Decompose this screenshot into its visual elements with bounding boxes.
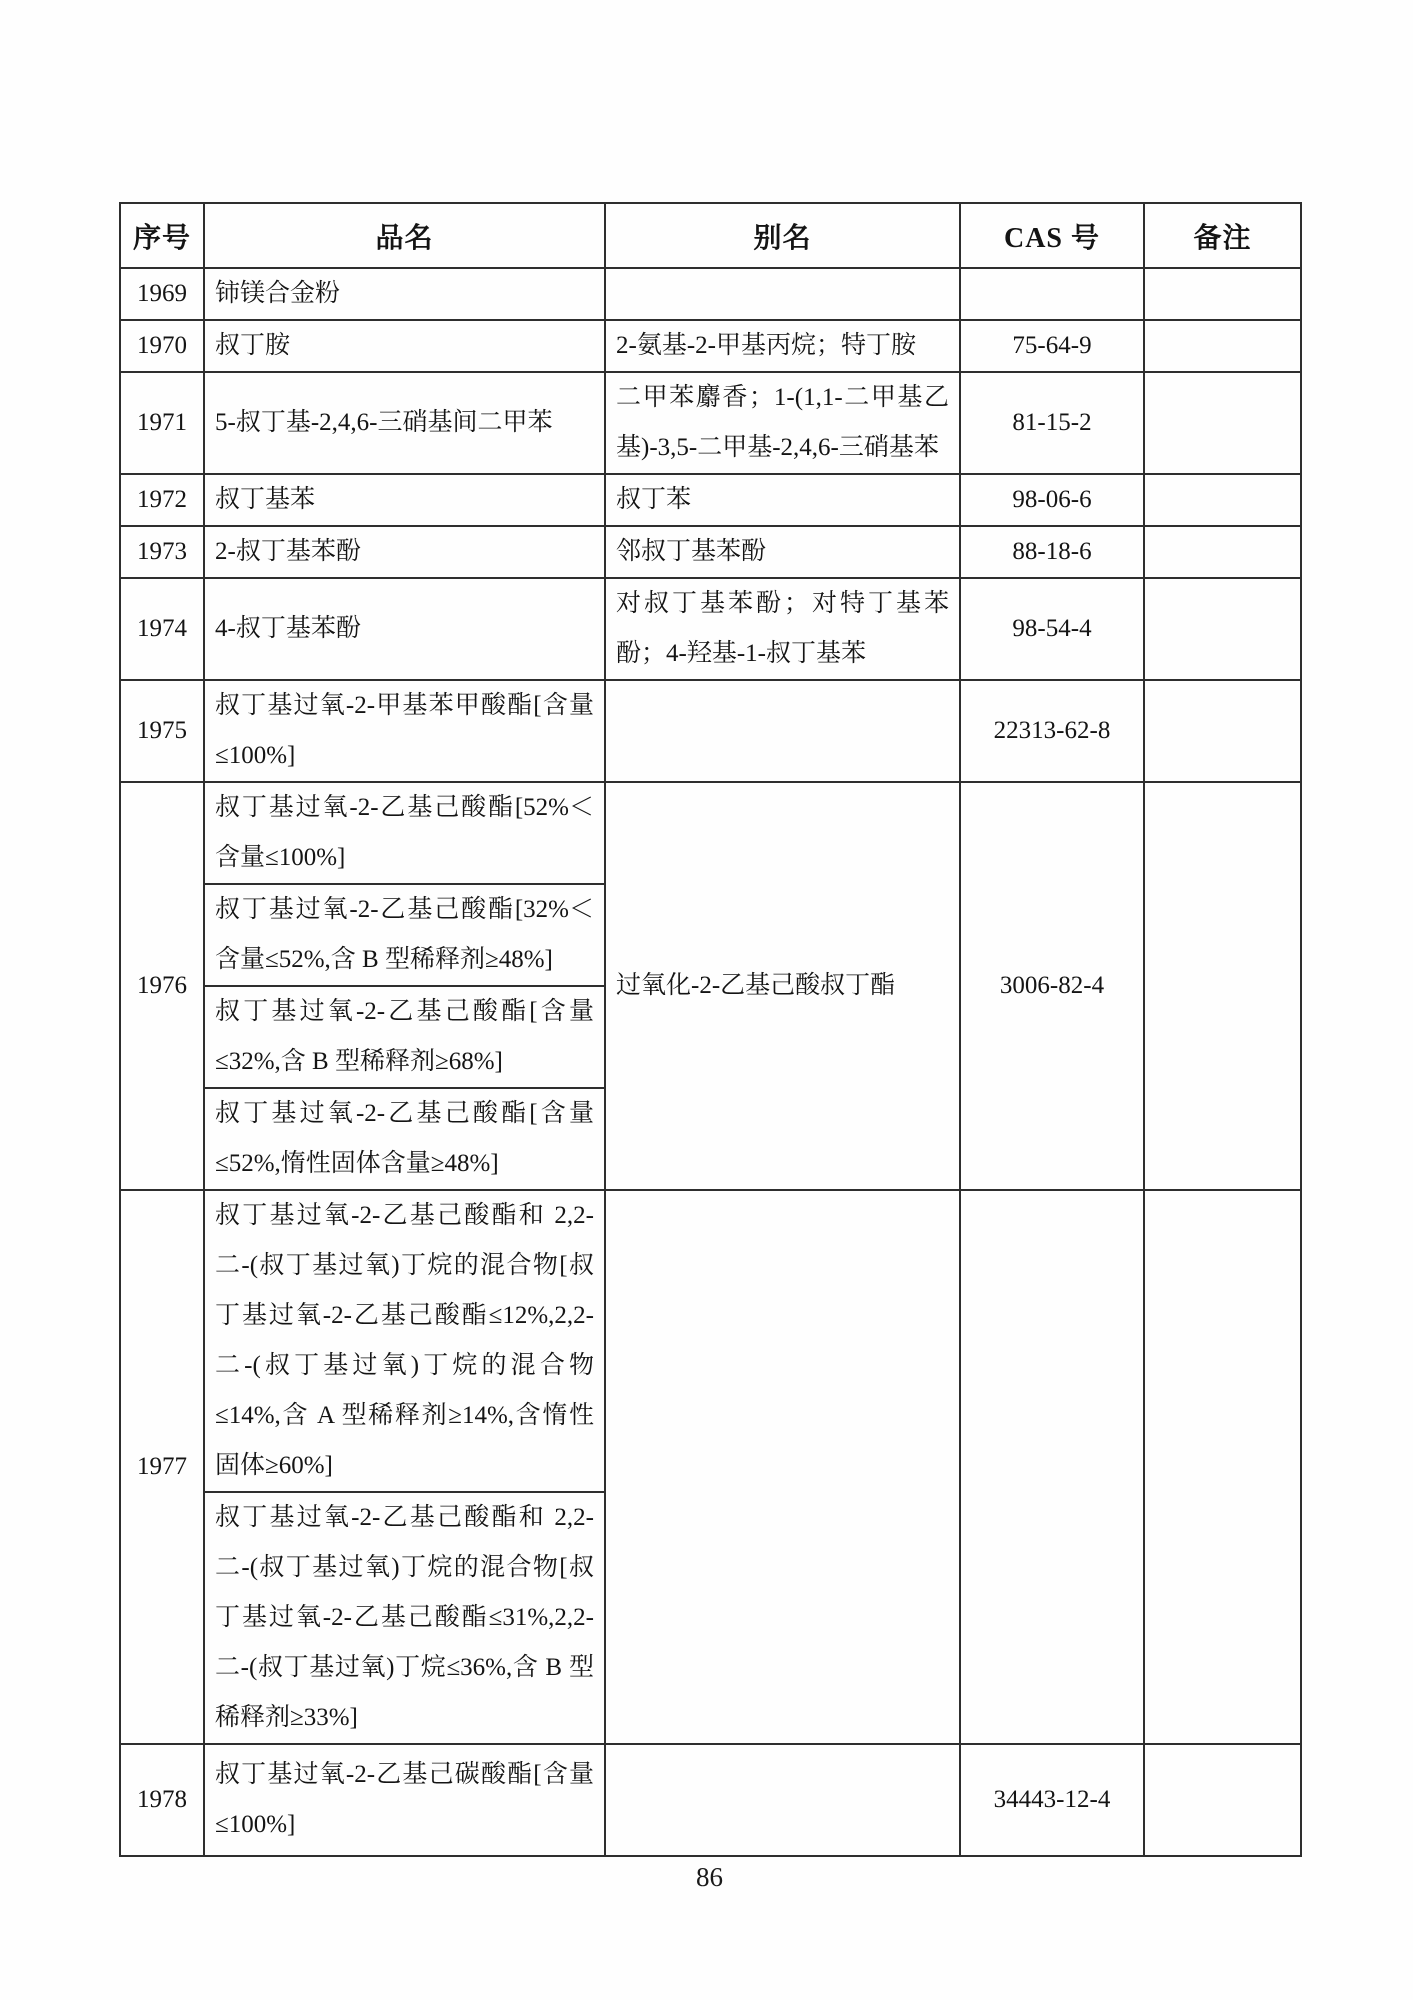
row-alias: 对叔丁基苯酚；对特丁基苯酚；4-羟基-1-叔丁基苯 (605, 578, 960, 680)
header-row: 序号 品名 别名 CAS 号 备注 (120, 203, 1301, 268)
table-row: 19715-叔丁基-2,4,6-三硝基间二甲苯二甲苯麝香；1-(1,1-二甲基乙… (120, 372, 1301, 474)
table-body: 1969铈镁合金粉1970叔丁胺2-氨基-2-甲基丙烷；特丁胺75-64-919… (120, 268, 1301, 1856)
table-row: 1977叔丁基过氧-2-乙基己酸酯和 2,2-二-(叔丁基过氧)丁烷的混合物[叔… (120, 1190, 1301, 1492)
row-product-name: 叔丁基过氧-2-乙基己酸酯[含量≤32%,含 B 型稀释剂≥68%] (204, 986, 605, 1088)
table-row: 1975叔丁基过氧-2-甲基苯甲酸酯[含量≤100%]22313-62-8 (120, 680, 1301, 782)
table-header: 序号 品名 别名 CAS 号 备注 (120, 203, 1301, 268)
row-alias (605, 1744, 960, 1856)
table-row: 1970叔丁胺2-氨基-2-甲基丙烷；特丁胺75-64-9 (120, 320, 1301, 372)
row-cas-number: 22313-62-8 (960, 680, 1144, 782)
row-product-name: 4-叔丁基苯酚 (204, 578, 605, 680)
row-cas-number (960, 268, 1144, 320)
chemical-table: 序号 品名 别名 CAS 号 备注 1969铈镁合金粉1970叔丁胺2-氨基-2… (119, 202, 1302, 1857)
row-serial: 1974 (120, 578, 204, 680)
row-alias: 二甲苯麝香；1-(1,1-二甲基乙基)-3,5-二甲基-2,4,6-三硝基苯 (605, 372, 960, 474)
table-row: 19732-叔丁基苯酚邻叔丁基苯酚88-18-6 (120, 526, 1301, 578)
row-cas-number: 88-18-6 (960, 526, 1144, 578)
row-product-name: 叔丁基过氧-2-乙基己酸酯和 2,2-二-(叔丁基过氧)丁烷的混合物[叔丁基过氧… (204, 1492, 605, 1744)
row-product-name: 叔丁基过氧-2-乙基己酸酯和 2,2-二-(叔丁基过氧)丁烷的混合物[叔丁基过氧… (204, 1190, 605, 1492)
row-cas-number: 75-64-9 (960, 320, 1144, 372)
table-row: 19744-叔丁基苯酚对叔丁基苯酚；对特丁基苯酚；4-羟基-1-叔丁基苯98-5… (120, 578, 1301, 680)
row-serial: 1975 (120, 680, 204, 782)
row-serial: 1970 (120, 320, 204, 372)
header-cas: CAS 号 (960, 203, 1144, 268)
row-product-name: 叔丁基过氧-2-乙基己酸酯[32%＜含量≤52%,含 B 型稀释剂≥48%] (204, 884, 605, 986)
row-serial: 1976 (120, 782, 204, 1190)
row-note (1144, 526, 1301, 578)
row-note (1144, 1190, 1301, 1744)
row-note (1144, 1744, 1301, 1856)
row-alias (605, 268, 960, 320)
row-product-name: 叔丁胺 (204, 320, 605, 372)
row-cas-number (960, 1190, 1144, 1744)
row-product-name: 2-叔丁基苯酚 (204, 526, 605, 578)
row-product-name: 铈镁合金粉 (204, 268, 605, 320)
row-note (1144, 782, 1301, 1190)
row-serial: 1969 (120, 268, 204, 320)
header-alias: 别名 (605, 203, 960, 268)
row-note (1144, 474, 1301, 526)
row-note (1144, 320, 1301, 372)
page-number: 86 (119, 1862, 1300, 1893)
row-alias: 叔丁苯 (605, 474, 960, 526)
table-row: 1969铈镁合金粉 (120, 268, 1301, 320)
row-product-name: 叔丁基过氧-2-甲基苯甲酸酯[含量≤100%] (204, 680, 605, 782)
row-note (1144, 372, 1301, 474)
row-product-name: 叔丁基过氧-2-乙基己酸酯[52%＜含量≤100%] (204, 782, 605, 884)
row-cas-number: 98-54-4 (960, 578, 1144, 680)
row-serial: 1972 (120, 474, 204, 526)
row-alias: 邻叔丁基苯酚 (605, 526, 960, 578)
row-cas-number: 81-15-2 (960, 372, 1144, 474)
row-product-name: 叔丁基苯 (204, 474, 605, 526)
table-row: 1972叔丁基苯叔丁苯98-06-6 (120, 474, 1301, 526)
row-serial: 1978 (120, 1744, 204, 1856)
row-alias (605, 1190, 960, 1744)
row-product-name: 叔丁基过氧-2-乙基己碳酸酯[含量≤100%] (204, 1744, 605, 1856)
row-note (1144, 680, 1301, 782)
row-cas-number: 98-06-6 (960, 474, 1144, 526)
row-cas-number: 34443-12-4 (960, 1744, 1144, 1856)
document-page: 序号 品名 别名 CAS 号 备注 1969铈镁合金粉1970叔丁胺2-氨基-2… (0, 0, 1413, 2000)
row-serial: 1971 (120, 372, 204, 474)
header-no: 序号 (120, 203, 204, 268)
row-serial: 1977 (120, 1190, 204, 1744)
row-alias: 2-氨基-2-甲基丙烷；特丁胺 (605, 320, 960, 372)
table-row: 1978叔丁基过氧-2-乙基己碳酸酯[含量≤100%]34443-12-4 (120, 1744, 1301, 1856)
header-name: 品名 (204, 203, 605, 268)
table-row: 1976叔丁基过氧-2-乙基己酸酯[52%＜含量≤100%]过氧化-2-乙基己酸… (120, 782, 1301, 884)
row-alias (605, 680, 960, 782)
row-note (1144, 578, 1301, 680)
row-note (1144, 268, 1301, 320)
row-cas-number: 3006-82-4 (960, 782, 1144, 1190)
row-alias: 过氧化-2-乙基己酸叔丁酯 (605, 782, 960, 1190)
header-note: 备注 (1144, 203, 1301, 268)
row-serial: 1973 (120, 526, 204, 578)
row-product-name: 叔丁基过氧-2-乙基己酸酯[含量≤52%,惰性固体含量≥48%] (204, 1088, 605, 1190)
row-product-name: 5-叔丁基-2,4,6-三硝基间二甲苯 (204, 372, 605, 474)
